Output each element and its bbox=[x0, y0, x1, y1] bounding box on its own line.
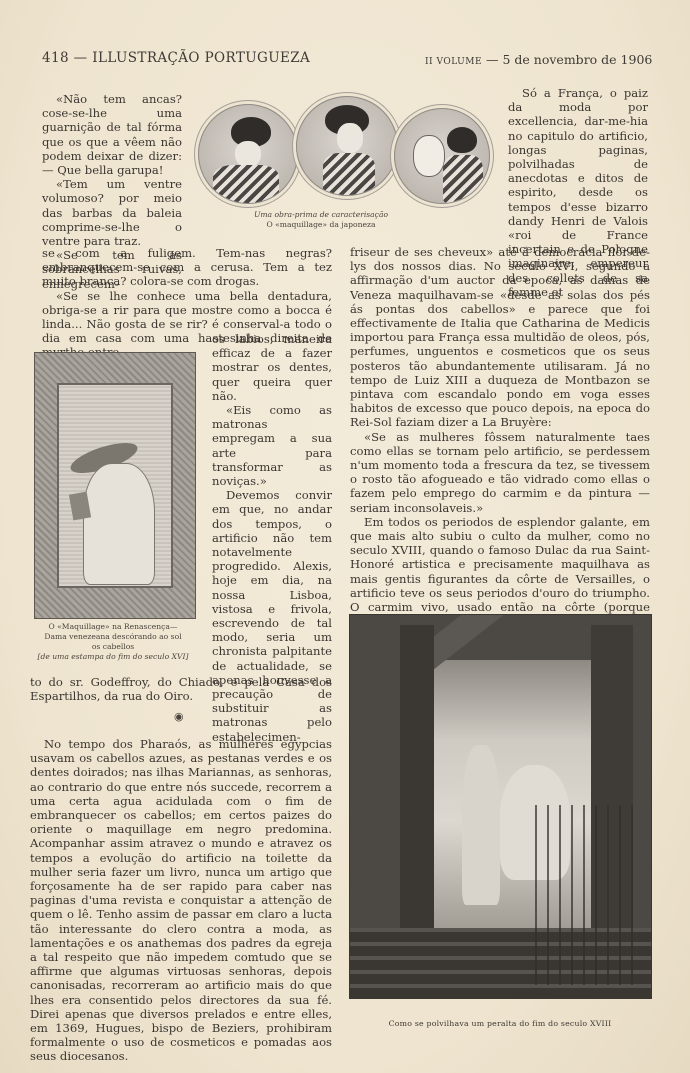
issue-date: 5 de novembro de 1906 bbox=[503, 52, 653, 67]
plate-railing bbox=[525, 805, 635, 985]
page-header-right: II VOLUME — 5 de novembro de 1906 bbox=[425, 52, 652, 67]
page-header-left: 418 — ILLUSTRAÇÃO PORTUGUEZA bbox=[42, 50, 310, 66]
volume-label: II VOLUME bbox=[425, 57, 482, 67]
engraving-frame bbox=[57, 383, 173, 588]
plate-figure-man bbox=[462, 745, 500, 905]
left-col-wide-3: No tempo dos Pharaós, as mulheres egypci… bbox=[30, 737, 332, 1064]
paragraph: os labios, maneira efficaz de a fazer mo… bbox=[212, 332, 332, 403]
paragraph: No tempo dos Pharaós, as mulheres egypci… bbox=[30, 737, 332, 1064]
caption-line: os cabellos bbox=[24, 642, 202, 652]
publication-title: ILLUSTRAÇÃO PORTUGUEZA bbox=[92, 50, 310, 66]
left-col-wide-2: to do sr. Godeffroy, do Chiado, e pela C… bbox=[30, 675, 332, 703]
figure-renaissance-engraving bbox=[34, 352, 196, 619]
right-col-wide: friseur de ses cheveux» até á democracia… bbox=[350, 245, 650, 643]
caption-line: Dama venezeana descórando ao sol bbox=[24, 632, 202, 642]
paragraph: se com a fuligem. Tem-nas negras? embran… bbox=[42, 246, 332, 289]
paragraph: «Eis como as matronas empregam a sua art… bbox=[212, 403, 332, 488]
caption-japanese: Uma obra-prima de caracterisação O «maqu… bbox=[246, 210, 396, 230]
caption-line: O «maquillage» da japoneza bbox=[246, 220, 396, 230]
paragraph: «Tem um ventre volumoso? por meio das ba… bbox=[42, 177, 182, 248]
paragraph: friseur de ses cheveux» até á democracia… bbox=[350, 245, 650, 430]
caption-line: [de uma estampa do fim do seculo XVI] bbox=[24, 652, 202, 662]
paragraph: «Se as mulheres fôssem naturalmente taes… bbox=[350, 430, 650, 515]
figure-japanese-medallions bbox=[194, 94, 474, 204]
magazine-page: 418 — ILLUSTRAÇÃO PORTUGUEZA II VOLUME —… bbox=[0, 0, 690, 1073]
figure-peralta-engraving bbox=[349, 614, 652, 999]
engraving-lady bbox=[83, 463, 155, 585]
section-separator: ◉ bbox=[174, 710, 184, 723]
caption-peralta: Como se polvilhava um peralta do fim do … bbox=[370, 1019, 630, 1028]
caption-renaissance: O «Maquillage» na Renascença— Dama venez… bbox=[24, 622, 202, 662]
header-dash: — bbox=[69, 50, 92, 66]
header-dash-2: — bbox=[482, 52, 502, 67]
caption-line: Uma obra-prima de caracterisação bbox=[246, 210, 396, 220]
paragraph: «Não tem ancas? cose-se-lhe uma guarniçã… bbox=[42, 92, 182, 177]
paragraph: to do sr. Godeffroy, do Chiado, e pela C… bbox=[30, 675, 332, 703]
paragraph: Devemos convir em que, no andar dos temp… bbox=[212, 488, 332, 744]
medallion-image-1 bbox=[198, 104, 298, 204]
caption-line: O «Maquillage» na Renascença— bbox=[24, 622, 202, 632]
medallion-image-2 bbox=[296, 96, 398, 196]
medallion-image-3 bbox=[394, 108, 490, 204]
plate-left-beam bbox=[400, 625, 434, 955]
page-number: 418 bbox=[42, 50, 69, 66]
